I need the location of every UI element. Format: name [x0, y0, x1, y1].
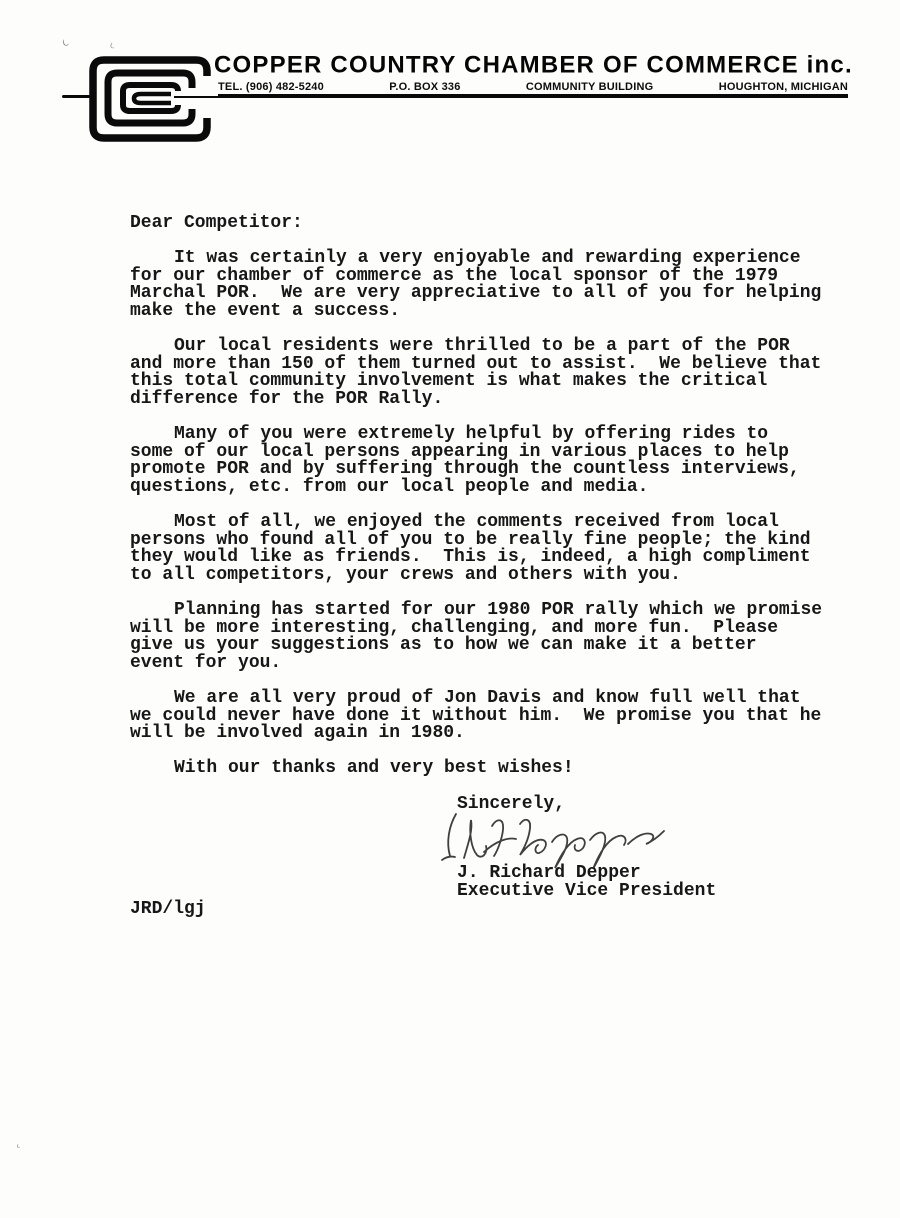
- letter-body: Dear Competitor: It was certainly a very…: [130, 215, 860, 796]
- paragraph: Planning has started for our 1980 POR ra…: [130, 602, 860, 672]
- letterhead-rule: [218, 94, 848, 98]
- letterhead-po-box: P.O. BOX 336: [389, 81, 460, 93]
- paragraph: With our thanks and very best wishes!: [130, 760, 860, 778]
- scan-speck: [17, 1144, 20, 1148]
- letterhead-rule-left-dash: [62, 95, 90, 98]
- paragraph: Our local residents were thrilled to be …: [130, 338, 860, 408]
- handwritten-signature-icon: [438, 806, 666, 870]
- org-name: COPPER COUNTRY CHAMBER OF COMMERCE inc.: [214, 51, 853, 80]
- salutation: Dear Competitor:: [130, 215, 860, 233]
- paragraph: Most of all, we enjoyed the comments rec…: [130, 514, 860, 584]
- letterhead-tel: TEL. (906) 482-5240: [218, 81, 324, 93]
- letterhead-city: HOUGHTON, MICHIGAN: [719, 81, 848, 93]
- scan-speck: [62, 38, 69, 46]
- paragraph: Many of you were extremely helpful by of…: [130, 426, 860, 496]
- letterhead-building: COMMUNITY BUILDING: [526, 81, 653, 93]
- signer-title: Executive Vice President: [457, 883, 716, 901]
- letterhead-rule-connector: [174, 96, 220, 98]
- scan-speck: [110, 42, 115, 48]
- signer-block: J. Richard Depper Executive Vice Preside…: [457, 865, 716, 900]
- reference-initials: JRD/lgj: [130, 901, 206, 919]
- letterhead-contact-row: TEL. (906) 482-5240 P.O. BOX 336 COMMUNI…: [218, 81, 848, 93]
- paragraph: We are all very proud of Jon Davis and k…: [130, 690, 860, 743]
- signer-name: J. Richard Depper: [457, 865, 716, 883]
- paragraph: It was certainly a very enjoyable and re…: [130, 250, 860, 320]
- scanned-letter-page: COPPER COUNTRY CHAMBER OF COMMERCE inc. …: [0, 0, 900, 1218]
